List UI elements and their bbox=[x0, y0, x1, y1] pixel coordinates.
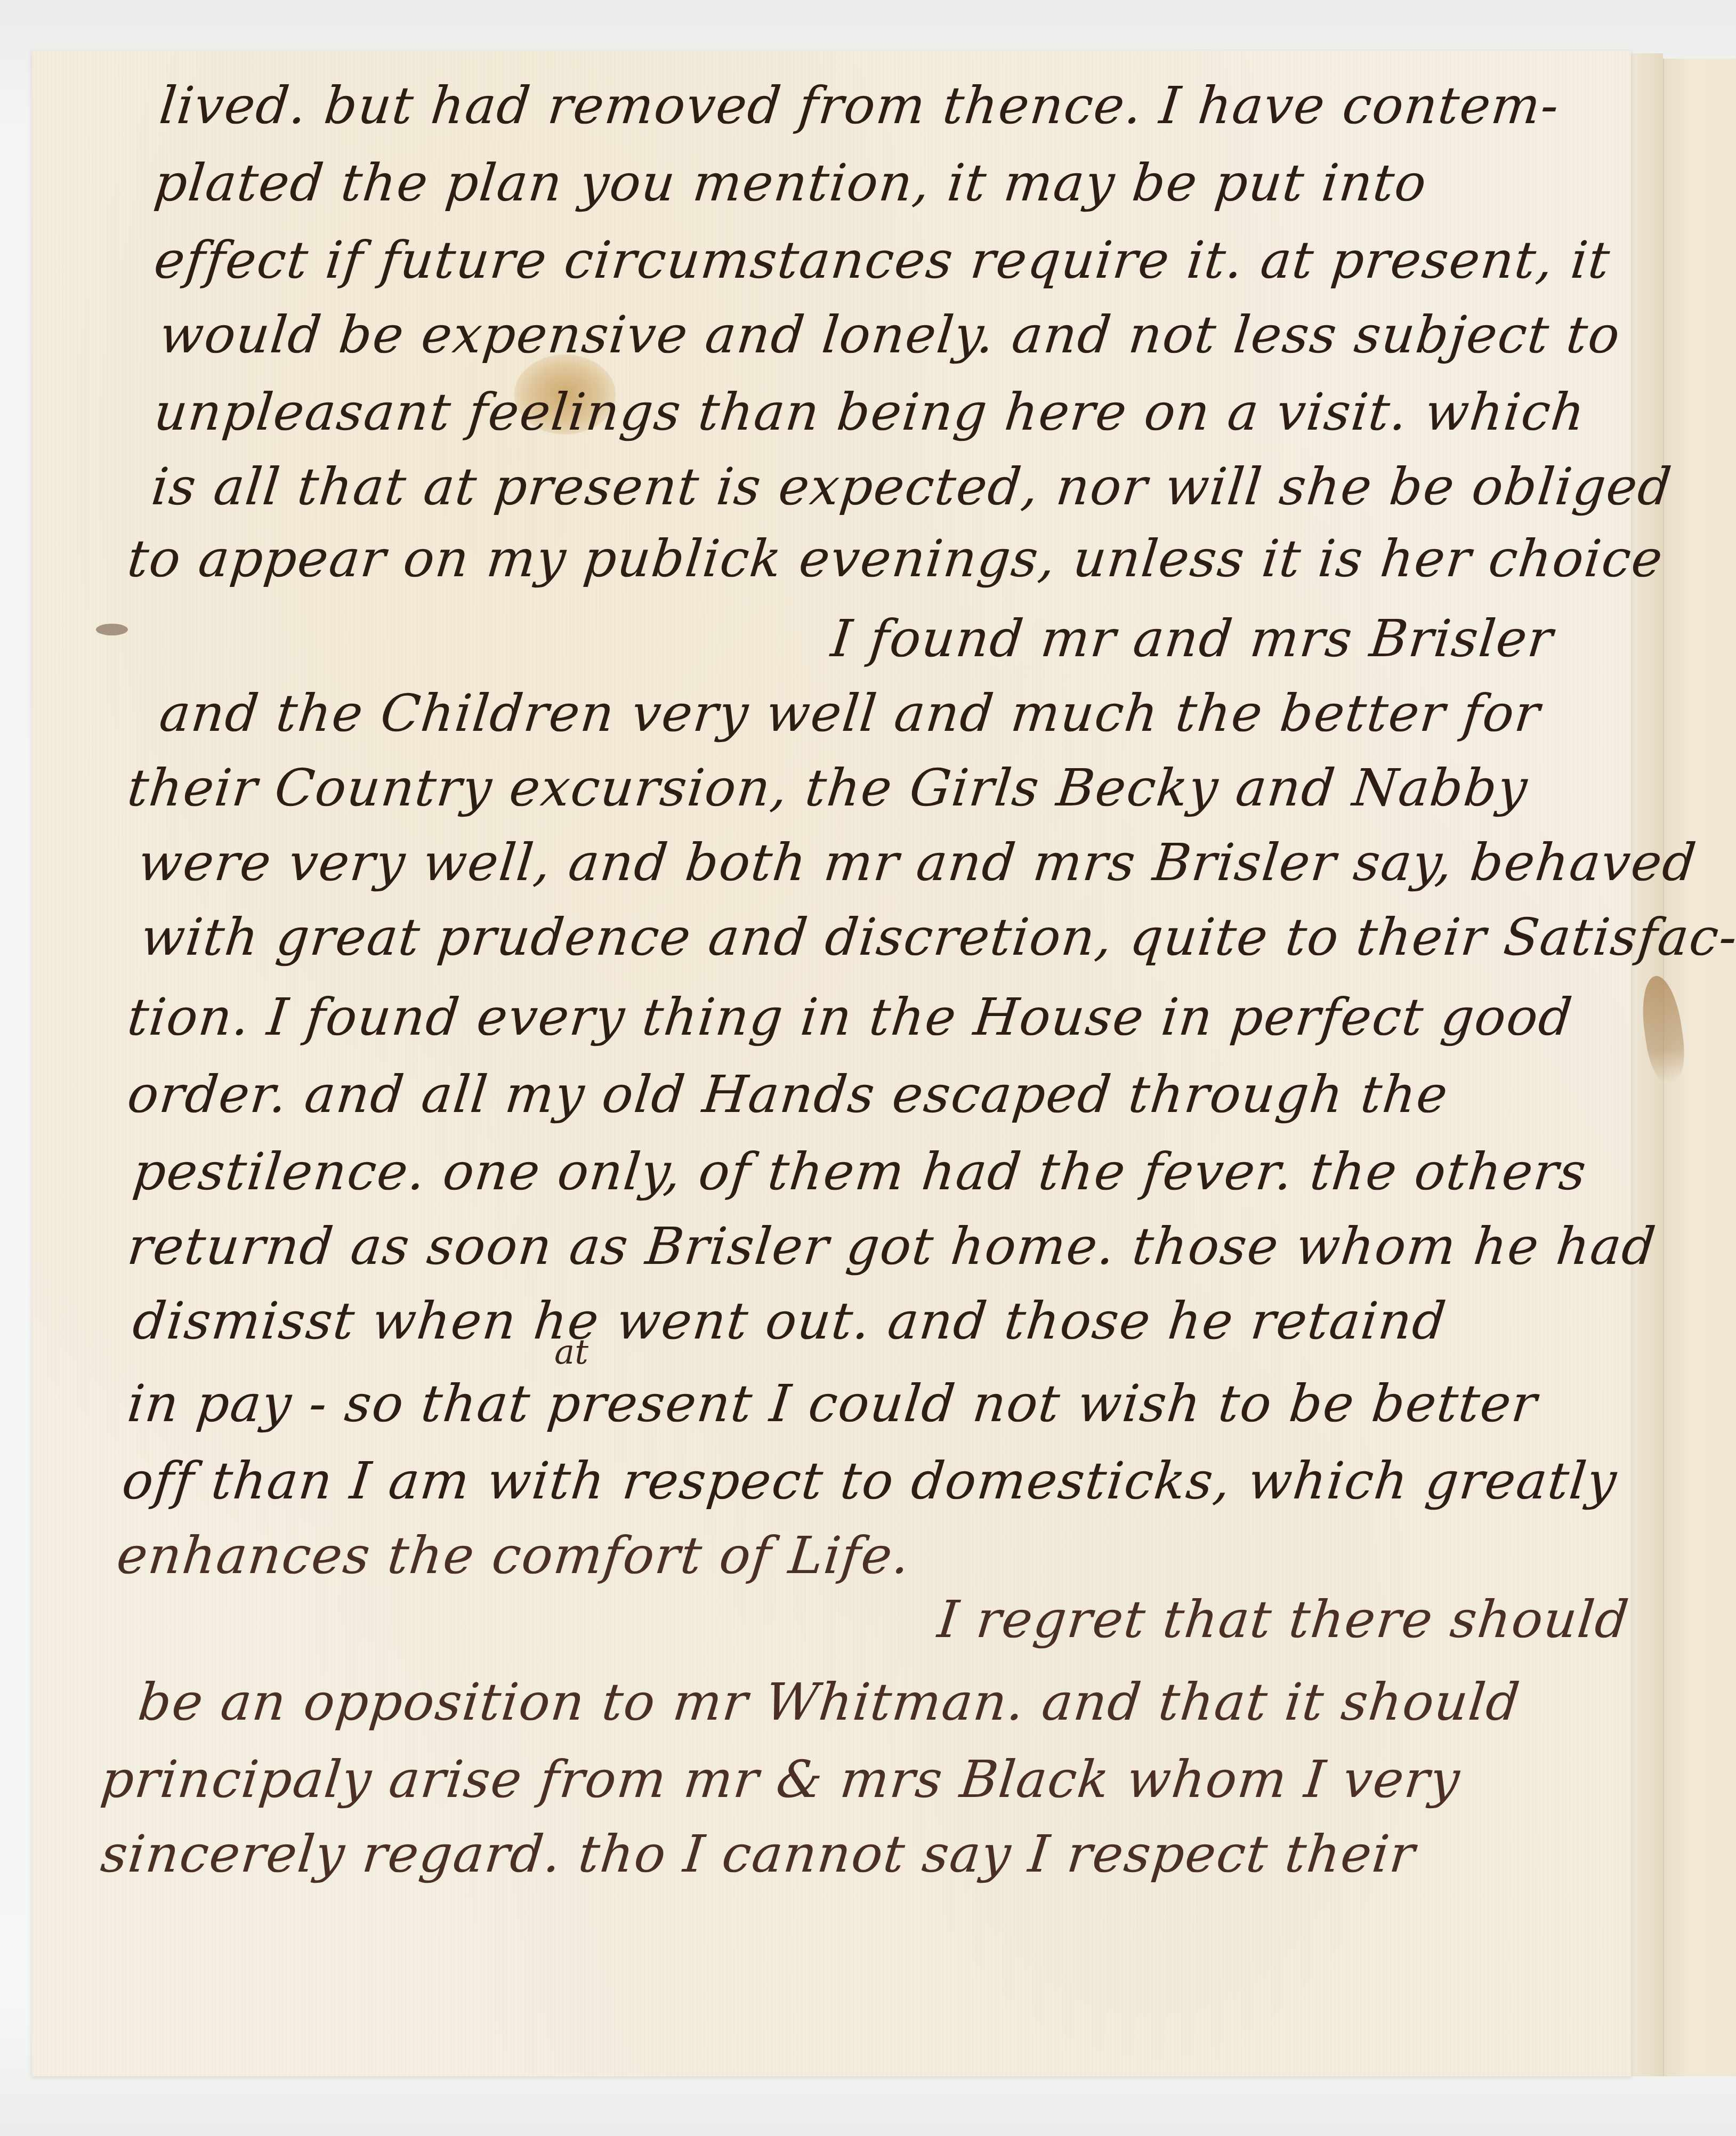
manuscript-line: returnd as soon as Brisler got home. tho… bbox=[125, 1221, 1659, 1272]
manuscript-line: effect if future circumstances require i… bbox=[152, 235, 1613, 286]
manuscript-line: dismisst when he went out. and those he … bbox=[131, 1295, 1449, 1347]
manuscript-line: off than I am with respect to domesticks… bbox=[120, 1455, 1620, 1506]
manuscript-line: pestilence. one only, of them had the fe… bbox=[131, 1146, 1589, 1197]
manuscript-line: their Country excursion, the Girls Becky… bbox=[125, 762, 1531, 813]
manuscript-line: in pay - so that present I could not wis… bbox=[125, 1378, 1540, 1429]
manuscript-line: be an opposition to mr Whitman. and that… bbox=[136, 1676, 1523, 1728]
manuscript-line: to appear on my publick evenings, unless… bbox=[125, 533, 1666, 584]
manuscript-line: and the Children very well and much the … bbox=[157, 688, 1543, 739]
letter-text: lived. but had removed from thence. I ha… bbox=[0, 0, 1736, 2136]
manuscript-line: would be expensive and lonely. and not l… bbox=[157, 309, 1623, 360]
manuscript-line: plated the plan you mention, it may be p… bbox=[152, 157, 1430, 208]
manuscript-line: is all that at present is expected, nor … bbox=[149, 461, 1675, 512]
manuscript-line: were very well, and both mr and mrs Bris… bbox=[136, 837, 1699, 888]
manuscript-line: with great prudence and discretion, quit… bbox=[139, 912, 1736, 963]
manuscript-line: enhances the comfort of Life. bbox=[115, 1530, 913, 1581]
manuscript-line: I found mr and mrs Brisler bbox=[829, 613, 1556, 664]
manuscript-line: principaly arise from mr & mrs Black who… bbox=[99, 1754, 1463, 1805]
manuscript-line: I regret that there should bbox=[935, 1594, 1632, 1645]
interlinear-insertion: at bbox=[554, 1333, 588, 1372]
manuscript-line: tion. I found every thing in the House i… bbox=[125, 992, 1575, 1043]
manuscript-line: lived. but had removed from thence. I ha… bbox=[157, 80, 1562, 131]
manuscript-line: order. and all my old Hands escaped thro… bbox=[125, 1069, 1451, 1120]
manuscript-line: sincerely regard. tho I cannot say I res… bbox=[99, 1828, 1418, 1880]
manuscript-line: unpleasant feelings than being here on a… bbox=[152, 386, 1588, 438]
